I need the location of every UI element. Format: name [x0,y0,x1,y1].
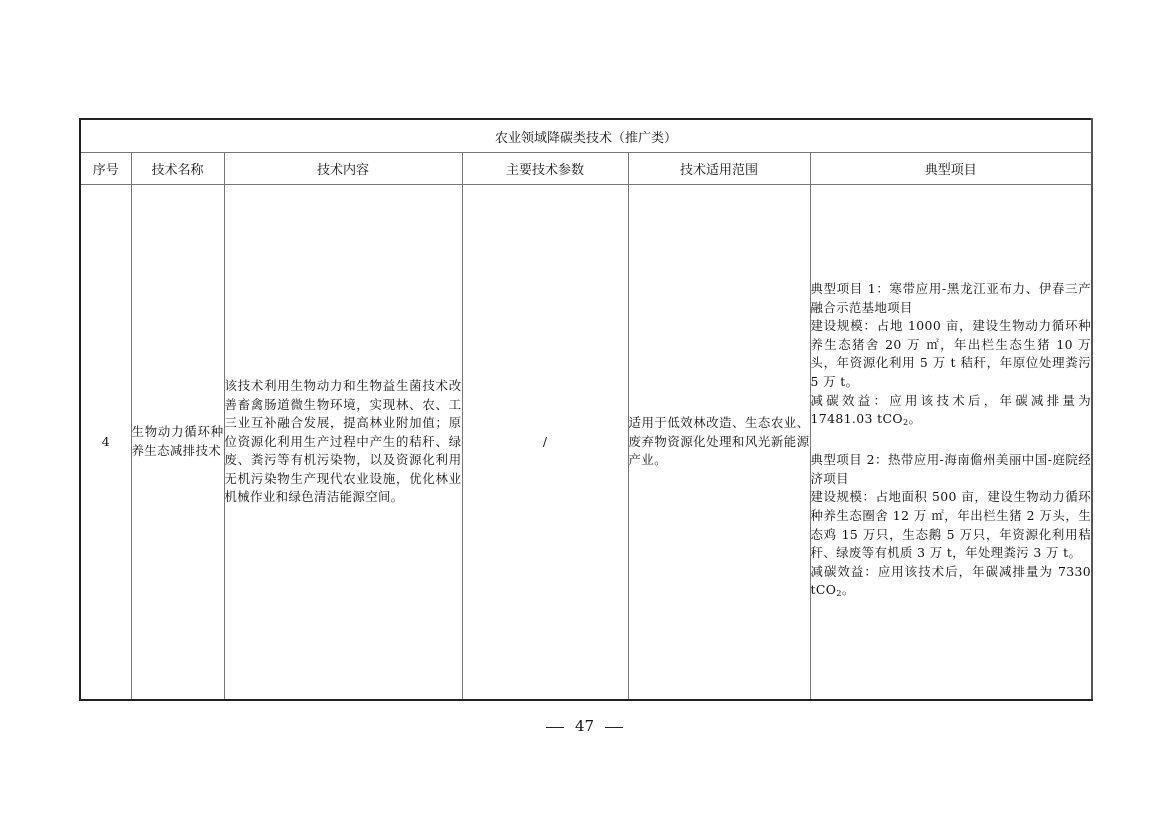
project-benefit: 减碳效益：应用该技术后，年碳减排量为 7330 tCO2。 [811,563,1092,604]
table-row: 4 生物动力循环种养生态减排技术 该技术利用生物动力和生物益生菌技术改善畜禽肠道… [80,185,1092,701]
benefit-suffix: 。 [908,411,921,426]
typical-project-2: 典型项目 2：热带应用-海南儋州美丽中国-庭院经济项目 建设规模：占地面积 50… [811,451,1092,604]
benefit-suffix: 。 [842,582,855,597]
technology-params: / [462,185,628,701]
column-header-scope: 技术适用范围 [628,153,810,185]
table-title: 农业领域降碳类技术（推广类） [80,119,1092,153]
benefit-text: 减碳效益：应用该技术后，年碳减排量为 17481.03 tCO [811,393,1092,427]
project-title: 典型项目 2：热带应用-海南儋州美丽中国-庭院经济项目 [811,451,1092,488]
technology-name: 生物动力循环种养生态减排技术 [131,185,224,701]
technology-table: 农业领域降碳类技术（推广类） 序号 技术名称 技术内容 主要技术参数 技术适用范… [79,118,1093,701]
dash-right [605,727,623,728]
column-header-name: 技术名称 [131,153,224,185]
column-header-projects: 典型项目 [810,153,1092,185]
dash-left [546,727,564,728]
technology-scope: 适用于低效林改造、生态农业、废弃物资源化处理和风光新能源产业。 [628,185,810,701]
project-spacer [811,433,1092,452]
page-number: 47 [575,717,594,735]
page-footer: 47 [0,717,1169,735]
column-header-params: 主要技术参数 [462,153,628,185]
table-title-row: 农业领域降碳类技术（推广类） [80,119,1092,153]
project-benefit: 减碳效益：应用该技术后，年碳减排量为 17481.03 tCO2。 [811,392,1092,433]
project-title: 典型项目 1：寒带应用-黑龙江亚布力、伊春三产融合示范基地项目 [811,280,1092,317]
row-number: 4 [80,185,131,701]
project-scale: 建设规模：占地面积 500 亩，建设生物动力循环种养生态圈舍 12 万 ㎡，年出… [811,488,1092,562]
table-header-row: 序号 技术名称 技术内容 主要技术参数 技术适用范围 典型项目 [80,153,1092,185]
typical-projects: 典型项目 1：寒带应用-黑龙江亚布力、伊春三产融合示范基地项目 建设规模：占地 … [810,185,1092,701]
column-header-number: 序号 [80,153,131,185]
project-scale: 建设规模：占地 1000 亩，建设生物动力循环种养生态猪舍 20 万 ㎡，年出栏… [811,317,1092,391]
typical-project-1: 典型项目 1：寒带应用-黑龙江亚布力、伊春三产融合示范基地项目 建设规模：占地 … [811,280,1092,433]
column-header-content: 技术内容 [224,153,462,185]
technology-content: 该技术利用生物动力和生物益生菌技术改善畜禽肠道微生物环境，实现林、农、工三业互补… [224,185,462,701]
